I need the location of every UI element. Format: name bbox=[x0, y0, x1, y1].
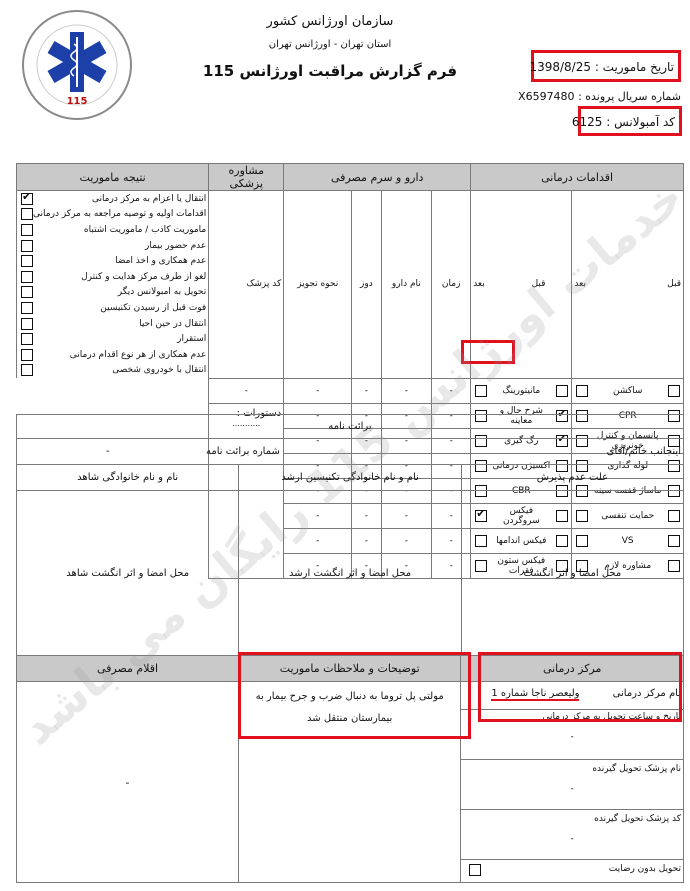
mission-date-box: تاریخ ماموریت : 1398/8/25 bbox=[531, 50, 681, 82]
patient-signature-area[interactable]: محل امضا و اثر انگشت bbox=[461, 491, 683, 657]
mission-result-checkbox[interactable] bbox=[21, 240, 33, 252]
drug-cell: - bbox=[284, 378, 352, 403]
release-undersigned-row: اینجانب خانم/آقای شماره برائت نامه - bbox=[17, 439, 684, 465]
mission-result-item[interactable]: انتقال یا اعزام به مرکز درمانی bbox=[17, 191, 208, 207]
undersigned-label: اینجانب خانم/آقای bbox=[607, 446, 681, 457]
witness-name-label: نام و نام خانوادگی شاهد bbox=[17, 465, 239, 491]
release-number-label: شماره برائت نامه bbox=[206, 446, 280, 457]
ambulance-code-label: کد آمبولانس : bbox=[606, 115, 675, 129]
mission-result-checkbox[interactable] bbox=[21, 286, 33, 298]
mission-result-item[interactable]: لغو از طرف مرکز هدایت و کنترل bbox=[17, 269, 208, 285]
checkbox-after[interactable] bbox=[576, 385, 588, 397]
senior-signature-area[interactable]: محل امضا و اثر انگشت ارشد bbox=[239, 491, 461, 657]
result-header: نتیجه ماموریت bbox=[17, 164, 209, 191]
mission-result-checkbox[interactable] bbox=[21, 193, 33, 205]
release-number-value: - bbox=[106, 446, 110, 457]
checkbox-after[interactable] bbox=[475, 385, 487, 397]
mission-result-item[interactable]: اقدامات اولیه و توصیه مراجعه به مرکز درم… bbox=[17, 207, 208, 223]
mission-result-item[interactable]: انتقال با خودروی شخصی bbox=[17, 363, 208, 379]
mission-result-item[interactable]: انتقال در حین احیا bbox=[17, 316, 208, 332]
supplies-header: اقلام مصرفی bbox=[17, 656, 239, 682]
doctor-code-value: - bbox=[209, 378, 284, 403]
drug-cell: - bbox=[432, 378, 471, 403]
senior-tech-name-label: نام و نام خانوادگی تکنیسین ارشد bbox=[239, 465, 461, 491]
no-consent-row: تحویل بدون رضایت bbox=[461, 860, 683, 882]
highlight-neck-fix bbox=[461, 340, 515, 364]
mission-result-checkbox[interactable] bbox=[21, 255, 33, 267]
right-after-cell bbox=[572, 378, 591, 403]
right-before-cell bbox=[665, 378, 684, 403]
mission-result-checkbox[interactable] bbox=[21, 208, 33, 220]
supplies-value: - bbox=[17, 682, 239, 883]
province-name: استان تهران - اورژانس تهران bbox=[170, 39, 490, 50]
mission-result-item[interactable]: استقرار bbox=[17, 331, 208, 347]
highlight-center bbox=[478, 652, 682, 722]
drug-col-route: نحوه تجویز bbox=[284, 191, 352, 379]
mission-result-checkbox[interactable] bbox=[21, 224, 33, 236]
witness-signature-area[interactable]: محل امضا و اثر انگشت شاهد bbox=[17, 491, 239, 657]
drug-col-dose: دوز bbox=[352, 191, 381, 379]
checkbox-before[interactable] bbox=[556, 385, 568, 397]
mission-date-value: 1398/8/25 bbox=[529, 60, 591, 74]
star-of-life-icon: 115 bbox=[24, 12, 130, 118]
mission-result-list: انتقال یا اعزام به مرکز درمانیاقدامات او… bbox=[17, 191, 209, 379]
svg-text:115: 115 bbox=[67, 96, 88, 107]
drug-cell: - bbox=[352, 378, 381, 403]
receiving-doctor-code-row: کد پزشک تحویل گیرنده - bbox=[461, 810, 683, 860]
release-title: برائت نامه bbox=[17, 415, 684, 439]
case-serial-value: X6597480 bbox=[518, 90, 575, 103]
treatment-header: اقدامات درمانی bbox=[471, 164, 684, 191]
no-consent-checkbox[interactable] bbox=[469, 864, 481, 876]
mission-result-item[interactable]: ماموریت کاذب / ماموریت اشتباه bbox=[17, 222, 208, 238]
drugs-header: دارو و سرم مصرفی bbox=[284, 164, 471, 191]
ambulance-code-box: کد آمبولانس : 6125 bbox=[578, 106, 682, 136]
form-title: فرم گزارش مراقبت اورژانس 115 bbox=[170, 62, 490, 80]
mission-result-checkbox[interactable] bbox=[21, 333, 33, 345]
drug-cell: - bbox=[381, 378, 432, 403]
mission-result-checkbox[interactable] bbox=[21, 364, 33, 376]
mission-result-item[interactable]: عدم همکاری و اخذ امضا bbox=[17, 253, 208, 269]
mission-result-item[interactable]: تحویل به امبولانس دیگر bbox=[17, 285, 208, 301]
left-before-cell bbox=[553, 378, 572, 403]
left-after-cell bbox=[471, 378, 490, 403]
form-header: سازمان اورژانس کشور استان تهران - اورژان… bbox=[170, 10, 490, 80]
mission-result-checkbox[interactable] bbox=[21, 302, 33, 314]
mission-result-checkbox[interactable] bbox=[21, 318, 33, 330]
case-serial: شماره سریال پرونده : X6597480 bbox=[525, 90, 681, 103]
mission-result-checkbox[interactable] bbox=[21, 271, 33, 283]
mission-date-label: تاریخ ماموریت : bbox=[595, 60, 674, 74]
mission-result-item[interactable]: عدم حضور بیمار bbox=[17, 238, 208, 254]
checkbox-before[interactable] bbox=[668, 385, 680, 397]
organization-name: سازمان اورژانس کشور bbox=[170, 14, 490, 29]
release-section: برائت نامه اینجانب خانم/آقای شماره برائت… bbox=[16, 414, 684, 657]
ems-logo: 115 bbox=[22, 10, 132, 120]
mission-result-item[interactable]: عدم همکاری از هر نوع اقدام درمانی bbox=[17, 347, 208, 363]
treatment-item-label: مانیتورینگ bbox=[489, 378, 553, 403]
treatment-item-label: ساکشن bbox=[590, 378, 665, 403]
right-before-after: قبلبعد bbox=[572, 191, 684, 379]
ambulance-code-value: 6125 bbox=[572, 115, 603, 129]
mission-result-item[interactable]: فوت قبل از رسیدن تکنیسین bbox=[17, 300, 208, 316]
consult-header: مشاوره پزشکی bbox=[209, 164, 284, 191]
receiving-doctor-name-row: نام پزشک تحویل گیرنده - bbox=[461, 760, 683, 810]
highlight-notes bbox=[238, 652, 471, 739]
doctor-code-label: کد پزشک bbox=[209, 191, 284, 379]
case-serial-label: شماره سریال پرونده : bbox=[578, 90, 681, 103]
drug-col-name: نام دارو bbox=[381, 191, 432, 379]
refusal-reason-label: علت عدم پذیرش bbox=[461, 465, 683, 491]
mission-result-checkbox[interactable] bbox=[21, 349, 33, 361]
